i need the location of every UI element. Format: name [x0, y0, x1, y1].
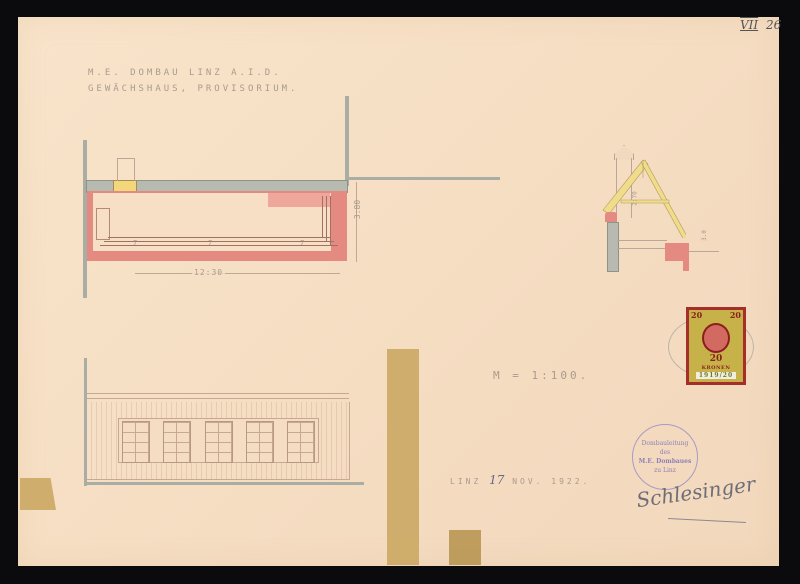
plan-axis-right — [345, 96, 349, 186]
plan-pipe-v3 — [330, 196, 331, 246]
elevation-window-2 — [163, 421, 191, 463]
section-ground-line — [689, 251, 719, 252]
plan-pipe-v2 — [326, 196, 327, 242]
date-day: 17 — [489, 473, 504, 487]
section-line-2 — [617, 248, 667, 249]
elevation-window-3 — [205, 421, 233, 463]
place: LINZ — [450, 477, 481, 486]
plan-heater — [96, 208, 110, 240]
stamp-currency: KRONEN — [702, 365, 731, 371]
section-roof — [601, 158, 666, 218]
revenue-stamp: 20 20 20 KRONEN 1919/20 — [686, 307, 746, 385]
place-date: LINZ 17 NOV. 1922. — [450, 473, 590, 487]
plan-mark-3: 7 — [300, 239, 304, 247]
plan-dimension-width: 12:30 — [192, 268, 225, 277]
scale-label: M = 1:100. — [493, 369, 589, 382]
stamp-value-left: 20 — [691, 310, 702, 320]
section-line-1 — [617, 240, 667, 241]
plan-pipe-v1 — [322, 196, 323, 238]
adhesive-tape-long — [387, 349, 419, 565]
plan-red-block — [268, 193, 330, 207]
archive-mark: VII 26 — [740, 18, 781, 32]
plan-red-right — [331, 193, 341, 251]
date-rest: NOV. 1922. — [512, 477, 590, 486]
plan-mark-1: 7 — [133, 239, 137, 247]
plan-chimney-cap — [117, 158, 135, 181]
section-red-foot — [683, 261, 689, 271]
plan-dim-line-width — [135, 273, 340, 274]
office-stamp-line-2: des — [660, 448, 670, 457]
plan-dimension-height: 3:80 — [353, 200, 362, 219]
section-wall — [607, 222, 619, 272]
section-dimension-height: 2:70 — [632, 191, 639, 205]
office-stamp-line-1: Dombauleitung — [642, 439, 689, 448]
plan-axis-horizontal — [347, 177, 500, 180]
elevation-window-4 — [246, 421, 274, 463]
stamp-value-center: 20 — [710, 354, 723, 364]
plan-mark-2: 7 — [208, 239, 212, 247]
elevation-window-band — [118, 418, 319, 463]
eagle-icon — [702, 323, 730, 353]
section-wall-cap — [605, 212, 617, 222]
elevation-ground — [84, 482, 364, 485]
title-line-2: GEWÄCHSHAUS, PROVISORIUM. — [88, 84, 298, 94]
office-stamp-line-3: M.E. Dombaues — [639, 457, 692, 466]
plan-pipe-1 — [108, 237, 330, 238]
elevation-window-5 — [287, 421, 315, 463]
title-line-1: M.E. DOMBAU LINZ A.I.D. — [88, 68, 282, 78]
adhesive-tape-short — [449, 530, 481, 565]
archive-roman: VII — [740, 18, 758, 32]
plan-dim-line-height — [356, 182, 357, 262]
office-stamp-line-4: zu Linz — [654, 466, 676, 475]
section-dimension-small: 3.0 — [701, 230, 708, 241]
adhesive-tape-corner — [20, 478, 56, 510]
stamp-value-right: 20 — [730, 310, 741, 320]
stamp-year: 1919/20 — [696, 372, 736, 379]
archive-number: 26 — [766, 18, 781, 32]
elevation-eaves — [87, 393, 349, 399]
elevation-window-1 — [122, 421, 150, 463]
section-red-block — [665, 243, 689, 261]
